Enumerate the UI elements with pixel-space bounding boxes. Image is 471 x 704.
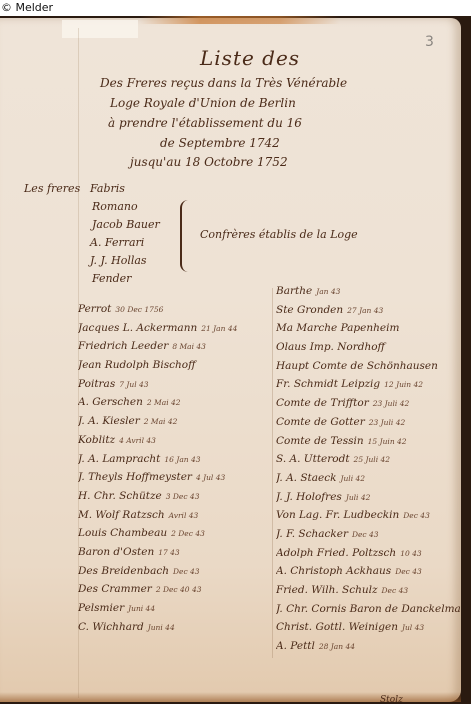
- entry-date: 15 Juin 42: [368, 437, 407, 446]
- heading-line: Loge Royale d'Union de Berlin: [110, 96, 296, 110]
- founder: A. Ferrari: [90, 236, 144, 249]
- entry-date: Dec 43: [395, 567, 422, 576]
- entry-name: Barthe: [276, 285, 312, 297]
- entry-date: 4 Jul 43: [196, 473, 225, 482]
- entry-date: 2 Dec 43: [171, 529, 205, 538]
- entry-date: 23 Juli 42: [369, 418, 406, 427]
- list-item: Friedrich Leeder8 Mai 43: [78, 337, 268, 356]
- entry-name: Baron d'Osten: [78, 546, 154, 558]
- heading-line: à prendre l'établissement du 16: [108, 116, 302, 130]
- entry-name: Comte de Tessin: [276, 435, 364, 447]
- entry-name: Jean Rudolph Bischoff: [78, 359, 196, 371]
- manuscript-photo: 3 Liste des Des Freres reçus dans la Trè…: [0, 16, 471, 704]
- entry-date: Juli 42: [346, 493, 371, 502]
- entry-name: H. Chr. Schütze: [78, 490, 162, 502]
- list-item: Comte de Tessin15 Juin 42: [276, 432, 461, 451]
- entry-date: 8 Mai 43: [172, 342, 206, 351]
- list-item: Baron d'Osten17 43: [78, 543, 268, 562]
- entry-name: Fr. Schmidt Leipzig: [276, 378, 380, 390]
- entry-name: Olaus Imp. Nordhoff: [276, 341, 385, 353]
- right-column-list: BartheJan 43 Ste Gronden27 Jan 43 Ma Mar…: [276, 282, 461, 656]
- list-item: Ste Gronden27 Jan 43: [276, 301, 461, 320]
- list-item: J. A. Kiesler2 Mai 42: [78, 412, 268, 431]
- entry-name: A. Pettl: [276, 640, 315, 652]
- list-item: Comte de Gotter23 Juli 42: [276, 413, 461, 432]
- entry-name: J. A. Staeck: [276, 472, 336, 484]
- entry-name: A. Christoph Ackhaus: [276, 565, 391, 577]
- entry-name: A. Gerschen: [78, 396, 143, 408]
- list-item: Jacques L. Ackermann21 Jan 44: [78, 319, 268, 338]
- entry-date: 3 Dec 43: [166, 492, 200, 501]
- entry-name: J. F. Schacker: [276, 528, 348, 540]
- entry-date: 2 Mai 42: [147, 398, 181, 407]
- column-rule: [272, 288, 273, 658]
- manuscript-page: 3 Liste des Des Freres reçus dans la Trè…: [0, 18, 461, 702]
- entry-name: M. Wolf Ratzsch: [78, 509, 165, 521]
- entry-date: 30 Dec 1756: [115, 305, 163, 314]
- entry-date: 27 Jan 43: [347, 306, 383, 315]
- entry-date: Jan 43: [316, 287, 340, 296]
- list-item: Des Crammer2 Dec 40 43: [78, 580, 268, 599]
- entry-date: Juni 44: [148, 623, 175, 632]
- entry-date: Avril 43: [169, 511, 199, 520]
- list-item: Haupt Comte de Schönhausen: [276, 357, 461, 376]
- list-item: BartheJan 43: [276, 282, 461, 301]
- entry-date: 17 43: [158, 548, 179, 557]
- entry-date: 25 Juli 42: [354, 455, 391, 464]
- list-item: Poitras7 Jul 43: [78, 375, 268, 394]
- stain: [140, 16, 340, 24]
- list-item: Fr. Schmidt Leipzig12 Juin 42: [276, 375, 461, 394]
- section-label: Les freres: [24, 182, 80, 195]
- entry-date: 28 Jan 44: [319, 642, 355, 651]
- list-item: J. F. SchackerDec 43: [276, 525, 461, 544]
- entry-name: Koblitz: [78, 434, 115, 446]
- entry-name: Von Lag. Fr. Ludbeckin: [276, 509, 399, 521]
- entry-name: Perrot: [78, 303, 111, 315]
- entry-name: Ma Marche Papenheim: [276, 322, 399, 334]
- list-item: Von Lag. Fr. LudbeckinDec 43: [276, 506, 461, 525]
- entry-date: 16 Jan 43: [164, 455, 200, 464]
- founder: Jacob Bauer: [92, 218, 160, 231]
- entry-date: 23 Juli 42: [373, 399, 410, 408]
- list-item: Ma Marche Papenheim: [276, 319, 461, 338]
- signature: Stolz: [380, 695, 403, 704]
- founder: Romano: [92, 200, 138, 213]
- list-item: Comte de Trifftor23 Juli 42: [276, 394, 461, 413]
- list-item: PelsmierJuni 44: [78, 599, 268, 618]
- left-column-list: Perrot30 Dec 1756 Jacques L. Ackermann21…: [78, 300, 268, 636]
- list-item: J. A. StaeckJuli 42: [276, 469, 461, 488]
- entry-date: Dec 43: [352, 530, 379, 539]
- entry-date: 4 Avril 43: [119, 436, 156, 445]
- entry-name: S. A. Utterodt: [276, 453, 350, 465]
- entry-name: Jacques L. Ackermann: [78, 322, 197, 334]
- brace: [180, 200, 194, 272]
- list-item: C. WichhardJuni 44: [78, 618, 268, 637]
- list-item: Jean Rudolph Bischoff: [78, 356, 268, 375]
- entry-name: Haupt Comte de Schönhausen: [276, 360, 438, 372]
- entry-name: J. Chr. Cornis Baron de Danckelmann: [276, 603, 461, 615]
- founder: Fender: [92, 272, 131, 285]
- list-item: Koblitz4 Avril 43: [78, 431, 268, 450]
- list-item: A. Christoph AckhausDec 43: [276, 562, 461, 581]
- entry-name: Adolph Fried. Poltzsch: [276, 547, 396, 559]
- list-item: J. A. Lampracht16 Jan 43: [78, 450, 268, 469]
- list-item: H. Chr. Schütze3 Dec 43: [78, 487, 268, 506]
- list-item: Olaus Imp. Nordhoff: [276, 338, 461, 357]
- list-item: Fried. Wilh. SchulzDec 43: [276, 581, 461, 600]
- heading-line: Des Freres reçus dans la Très Vénérable: [100, 76, 347, 90]
- founders-note: Confrères établis de la Loge: [200, 228, 358, 241]
- heading-line: de Septembre 1742: [160, 136, 280, 150]
- list-item: Christ. Gottl. WeinigenJul 43: [276, 618, 461, 637]
- entry-date: 21 Jan 44: [201, 324, 237, 333]
- entry-name: Comte de Gotter: [276, 416, 365, 428]
- entry-date: Jul 43: [402, 623, 424, 632]
- heading-line: jusqu'au 18 Octobre 1752: [130, 155, 288, 169]
- entry-date: 2 Mai 42: [144, 417, 178, 426]
- entry-date: 10 43: [400, 549, 421, 558]
- copyright-caption: © Melder: [1, 0, 53, 16]
- list-item: Des BreidenbachDec 43: [78, 562, 268, 581]
- list-item: Louis Chambeau2 Dec 43: [78, 524, 268, 543]
- list-item: A. Gerschen2 Mai 42: [78, 393, 268, 412]
- entry-name: Fried. Wilh. Schulz: [276, 584, 378, 596]
- entry-date: Dec 43: [173, 567, 200, 576]
- list-item: J. J. HolofresJuli 42: [276, 488, 461, 507]
- entry-date: 2 Dec 40 43: [156, 585, 202, 594]
- founder: Fabris: [90, 182, 125, 195]
- entry-date: Juni 44: [128, 604, 155, 613]
- entry-name: Friedrich Leeder: [78, 340, 168, 352]
- entry-date: 12 Juin 42: [384, 380, 423, 389]
- list-item: Perrot30 Dec 1756: [78, 300, 268, 319]
- list-item: A. Pettl28 Jan 44: [276, 637, 461, 656]
- entry-name: C. Wichhard: [78, 621, 144, 633]
- entry-name: Poitras: [78, 378, 115, 390]
- entry-name: Pelsmier: [78, 602, 124, 614]
- tape-strip: [62, 20, 138, 38]
- entry-name: J. A. Kiesler: [78, 415, 140, 427]
- list-item: M. Wolf RatzschAvril 43: [78, 506, 268, 525]
- entry-date: Juli 42: [340, 474, 365, 483]
- document-title: Liste des: [200, 46, 300, 70]
- entry-name: Ste Gronden: [276, 304, 343, 316]
- entry-date: Dec 43: [382, 586, 409, 595]
- entry-name: Des Crammer: [78, 583, 152, 595]
- entry-name: Comte de Trifftor: [276, 397, 369, 409]
- entry-date: Dec 43: [403, 511, 430, 520]
- entry-name: J. A. Lampracht: [78, 453, 160, 465]
- page-number: 3: [425, 34, 434, 50]
- entry-name: Louis Chambeau: [78, 527, 167, 539]
- entry-date: 7 Jul 43: [119, 380, 148, 389]
- entry-name: J. Theyls Hoffmeyster: [78, 471, 192, 483]
- entry-name: Christ. Gottl. Weinigen: [276, 621, 398, 633]
- list-item: Adolph Fried. Poltzsch10 43: [276, 544, 461, 563]
- list-item: S. A. Utterodt25 Juli 42: [276, 450, 461, 469]
- entry-name: Des Breidenbach: [78, 565, 169, 577]
- founder: J. J. Hollas: [90, 254, 147, 267]
- list-item: J. Theyls Hoffmeyster4 Jul 43: [78, 468, 268, 487]
- entry-name: J. J. Holofres: [276, 491, 342, 503]
- list-item: J. Chr. Cornis Baron de Danckelmann: [276, 600, 461, 619]
